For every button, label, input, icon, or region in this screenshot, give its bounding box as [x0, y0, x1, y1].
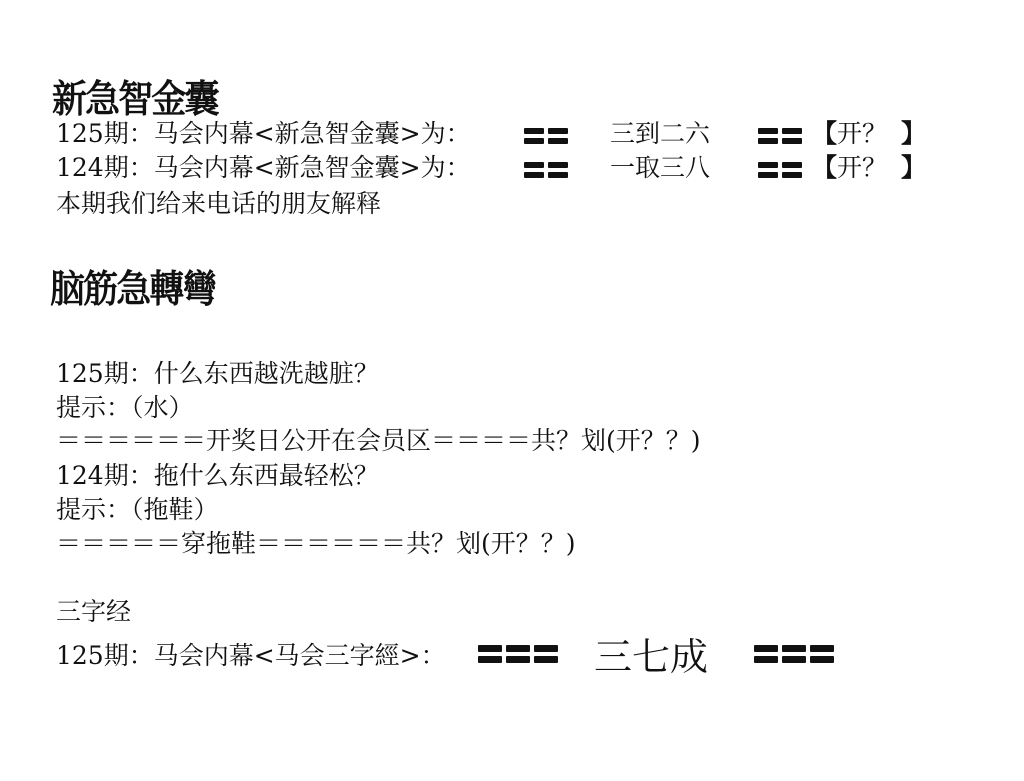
double-bar-block-icon	[810, 644, 834, 664]
block-triple-right	[754, 643, 834, 664]
suffix-text: 开？	[837, 153, 887, 182]
suffix-text: 开？	[837, 119, 887, 148]
double-bar-block-icon	[782, 644, 806, 664]
row-answer: 三到二六	[610, 118, 710, 150]
double-bar-block-icon	[534, 644, 558, 664]
double-bar-block-icon	[548, 127, 568, 145]
double-bar-block-icon	[782, 127, 802, 145]
block-pair-right	[758, 159, 802, 179]
double-bar-block-icon	[754, 644, 778, 664]
row-suffix: 【开？】	[812, 152, 926, 184]
section1-note: 本期我们给来电话的朋友解释	[56, 188, 381, 220]
row-prefix: 124期：马会内幕<新急智金囊>为：	[56, 153, 471, 182]
double-bar-block-icon	[478, 644, 502, 664]
bracket-close: 】	[901, 119, 926, 148]
block-pair-left	[524, 159, 568, 179]
bracket-open: 【	[812, 119, 837, 148]
bracket-open: 【	[812, 153, 837, 182]
double-bar-block-icon	[524, 161, 544, 179]
three-char-answer: 三七成	[594, 626, 708, 681]
teaser-hint-125: 提示：（水）	[56, 392, 194, 424]
block-triple-left	[478, 643, 558, 664]
double-bar-block-icon	[758, 127, 778, 145]
section-title-xinjizhi: 新急智金囊	[52, 68, 218, 123]
section-title-brain-teaser: 脑筋急轉彎	[50, 258, 216, 313]
row-answer: 一取三八	[610, 152, 710, 184]
teaser-answer-124: ＝＝＝＝＝穿拖鞋＝＝＝＝＝＝共？划(开？？)	[56, 528, 576, 560]
double-bar-block-icon	[506, 644, 530, 664]
double-bar-block-icon	[782, 161, 802, 179]
double-bar-block-icon	[548, 161, 568, 179]
row-prefix: 125期：马会内幕<马会三字經>：	[56, 641, 446, 670]
three-char-row-125: 125期：马会内幕<马会三字經>：	[56, 640, 446, 672]
section-title-three-character: 三字经	[56, 596, 131, 628]
double-bar-block-icon	[758, 161, 778, 179]
row-prefix: 125期：马会内幕<新急智金囊>为：	[56, 119, 471, 148]
row-124: 124期：马会内幕<新急智金囊>为：	[56, 152, 471, 184]
teaser-question-124: 124期：拖什么东西最轻松？	[56, 460, 379, 492]
block-pair-right	[758, 125, 802, 145]
row-125: 125期：马会内幕<新急智金囊>为：	[56, 118, 471, 150]
row-suffix: 【开？】	[812, 118, 926, 150]
block-pair-left	[524, 125, 568, 145]
teaser-question-125: 125期：什么东西越洗越脏？	[56, 358, 379, 390]
teaser-hint-124: 提示：（拖鞋）	[56, 494, 219, 526]
double-bar-block-icon	[524, 127, 544, 145]
bracket-close: 】	[901, 153, 926, 182]
teaser-answer-125: ＝＝＝＝＝＝开奖日公开在会员区＝＝＝＝共？划(开？？)	[56, 425, 701, 457]
